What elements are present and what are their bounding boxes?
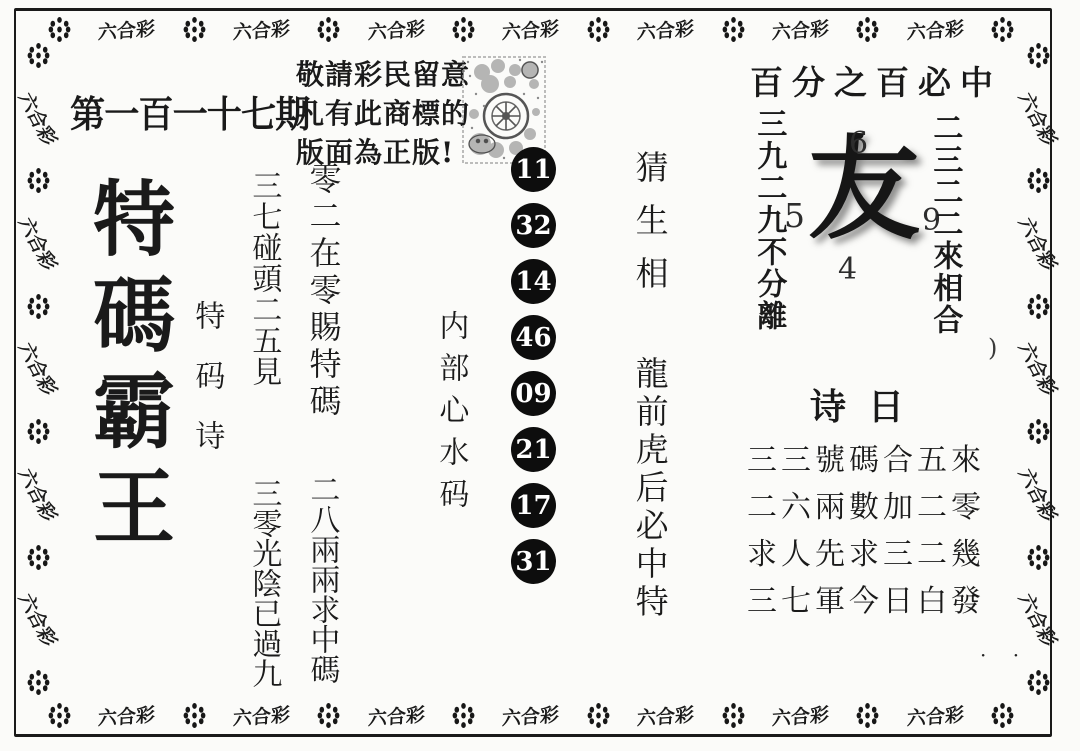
dot-cluster-icon [48,702,71,729]
dot-cluster-icon [48,16,71,43]
brand-text: 六合彩 [12,339,64,400]
dot-cluster-icon [722,16,745,43]
brand-text: 六合彩 [233,699,291,730]
brand-text: 六合彩 [1012,213,1064,274]
verse-column-37: 三七碰頭二五見 [247,170,279,387]
dot-cluster-icon [27,544,50,571]
dot-cluster-icon [183,702,206,729]
brand-text: 六合彩 [502,13,560,44]
scan-artifact-mark: ) [988,334,997,362]
brand-text: 六合彩 [1012,589,1064,650]
number-ball: 17 [511,483,556,528]
brand-text: 六合彩 [12,589,64,650]
slogan-sure-win: 百分之百必中 [750,57,1002,104]
char-number-left: 5 [784,196,805,235]
brand-text: 六合彩 [771,699,829,730]
notice-line: 敬請彩民留意 [296,55,470,94]
dot-cluster-icon [587,702,610,729]
dot-cluster-icon [991,702,1014,729]
dot-cluster-icon [991,16,1014,43]
verse-column-30: 三零光陰已過九 [247,478,279,688]
number-ball: 46 [511,315,556,360]
dot-cluster-icon [587,16,610,43]
code-phrase-right: 二三二二來相合 [928,112,960,336]
brand-text: 六合彩 [637,13,695,44]
number-ball: 11 [511,147,556,192]
dot-cluster-icon [27,42,50,69]
poem-line: 三三號碼合五來 [747,437,985,484]
dot-cluster-icon [317,16,340,43]
dot-cluster-icon [1027,42,1050,69]
dot-cluster-icon [27,167,50,194]
brand-text: 六合彩 [12,88,64,149]
main-title-vertical: 特碼霸王 [82,176,171,560]
brand-text: 六合彩 [1012,464,1064,525]
char-number-top: 6 [849,126,868,161]
border-band-left: 六合彩 六合彩 六合彩 六合彩 六合彩 [19,42,57,696]
notice-line: 凡有此商標的 [296,94,470,133]
char-number-bottom: 4 [838,252,857,287]
dot-cluster-icon [856,16,879,43]
dot-cluster-icon [1027,544,1050,571]
inner-codes-label: 内部心水码 [434,310,466,520]
poem-title: 诗日 [810,379,926,430]
brand-text: 六合彩 [1012,339,1064,400]
brand-text: 六合彩 [637,699,695,730]
brand-text: 六合彩 [906,13,964,44]
code-phrase-left: 三九二九不分離 [752,108,784,332]
number-ball: 21 [511,427,556,472]
number-ball-column: 11 32 14 46 09 21 17 31 [511,147,557,595]
special-code-poem-label: 特码诗 [190,300,222,480]
dot-cluster-icon [856,702,879,729]
brand-text: 六合彩 [98,699,156,730]
brand-text: 六合彩 [12,464,64,525]
brand-text: 六合彩 [906,699,964,730]
number-ball: 31 [511,539,556,584]
poem-line: 求人先求三二幾 [747,531,985,578]
dot-cluster-icon [27,418,50,445]
dot-cluster-icon [722,702,745,729]
dot-cluster-icon [452,16,475,43]
dot-cluster-icon [1027,418,1050,445]
dot-cluster-icon [1027,669,1050,696]
border-band-bottom: 六合彩 六合彩 六合彩 六合彩 六合彩 六合彩 六合彩 [48,699,1014,731]
poem-line: 三七軍今日白發 [747,578,985,625]
number-ball: 32 [511,203,556,248]
brand-text: 六合彩 [367,13,425,44]
dot-cluster-icon [1027,167,1050,194]
poem-line: 二六兩數加二零 [747,484,985,531]
brand-text: 六合彩 [1012,88,1064,149]
issue-title: 第一百一十七期 [70,84,309,138]
dot-cluster-icon [183,16,206,43]
brand-text: 六合彩 [502,699,560,730]
poem-block: 三三號碼合五來 二六兩數加二零 求人先求三二幾 三七軍今日白發 [747,437,985,625]
dot-cluster-icon [452,702,475,729]
brand-text: 六合彩 [233,13,291,44]
scan-artifact-dots: · · [980,643,1029,667]
zodiac-guess-title: 猜生相 [632,150,668,309]
verse-column-28: 二八兩兩求中碼 [305,474,337,684]
border-band-top: 六合彩 六合彩 六合彩 六合彩 六合彩 六合彩 六合彩 [48,13,1014,45]
brand-text: 六合彩 [367,699,425,730]
dot-cluster-icon [27,669,50,696]
dot-cluster-icon [317,702,340,729]
border-band-right: 六合彩 六合彩 六合彩 六合彩 六合彩 [1019,42,1057,696]
dot-cluster-icon [1027,293,1050,320]
verse-column-02: 零二在零賜特碼 [306,162,341,421]
publisher-notice: 敬請彩民留意 凡有此商標的 版面為正版! [296,55,470,172]
lottery-sheet-page: 六合彩 六合彩 六合彩 六合彩 六合彩 六合彩 六合彩 六合彩 六合彩 六合彩 … [0,0,1080,751]
zodiac-guess-hint: 龍前虎后必中特 [632,356,668,622]
dot-cluster-icon [27,293,50,320]
brand-text: 六合彩 [12,213,64,274]
number-ball: 09 [511,371,556,416]
number-ball: 14 [511,259,556,304]
brand-text: 六合彩 [771,13,829,44]
brand-text: 六合彩 [98,13,156,44]
